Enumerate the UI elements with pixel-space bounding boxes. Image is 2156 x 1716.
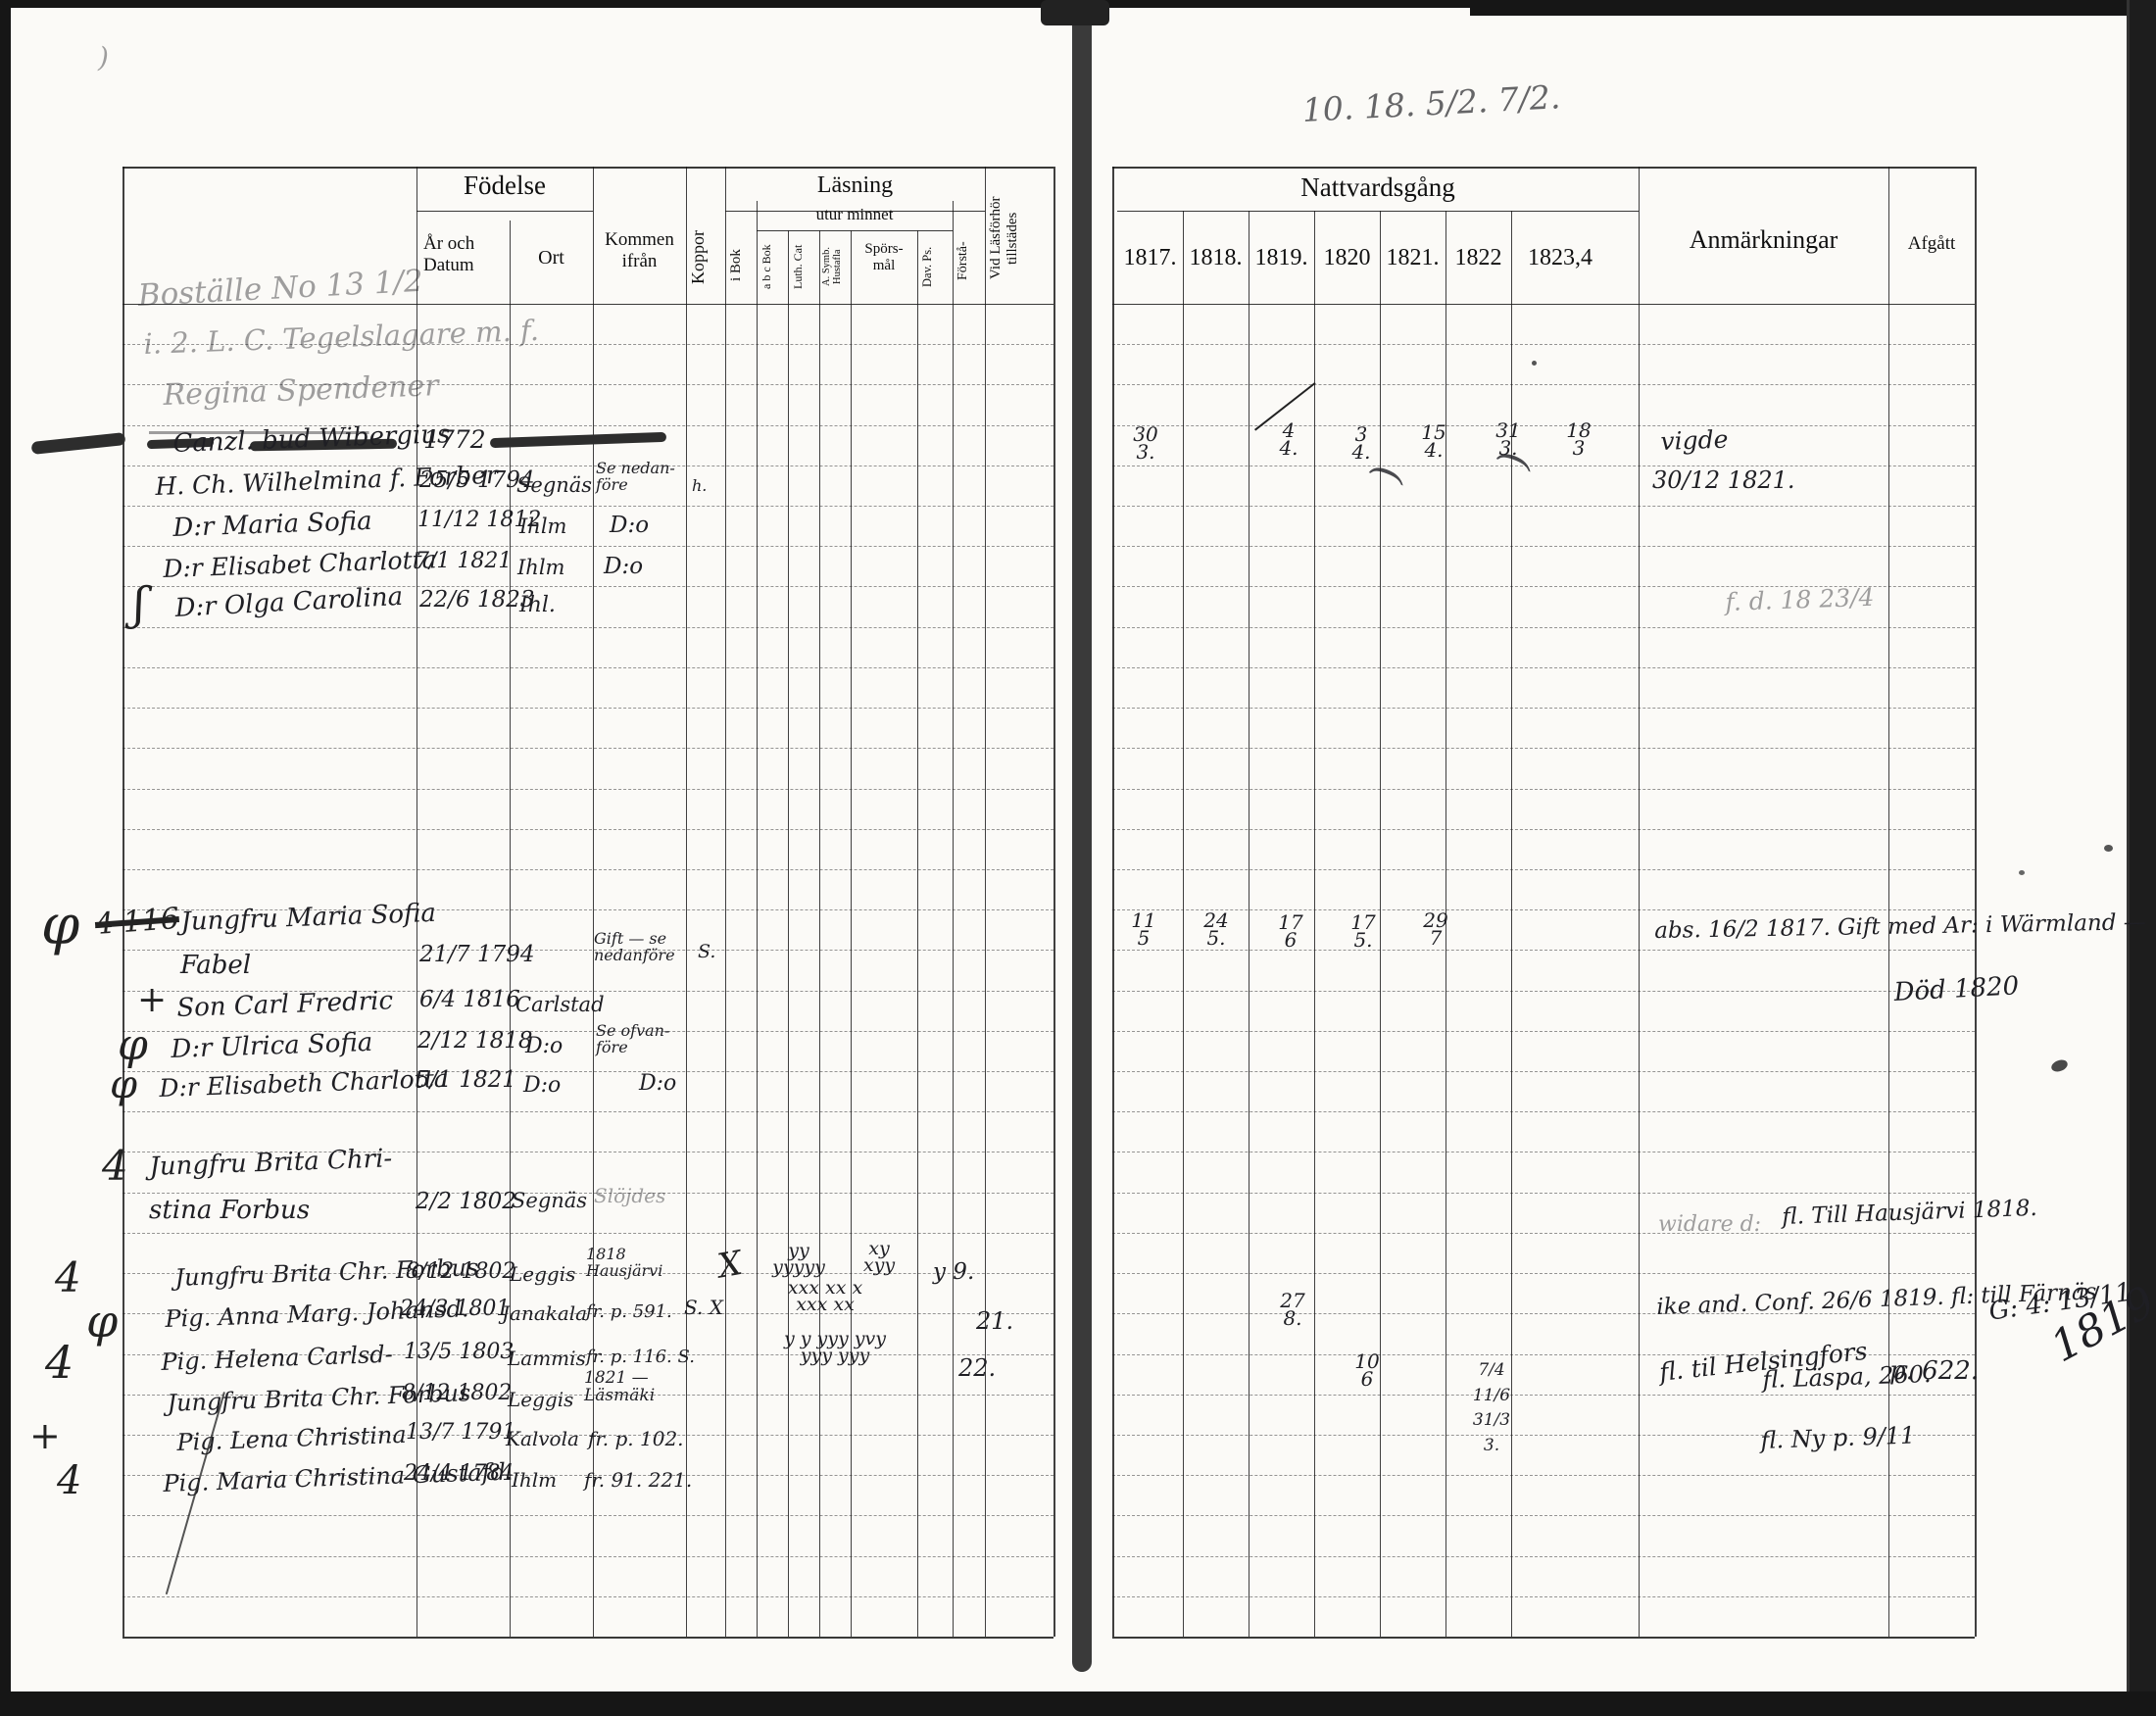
grid-row-line [122,466,1053,466]
grid-row-line [122,667,1053,668]
entry-birth: 13/7 1791 [406,1421,515,1444]
scan-edge-top-right [1470,0,2156,16]
entry-ort: Janakala [502,1303,587,1324]
grid-row-line [122,1515,1053,1516]
grid-row-line [1112,627,1975,628]
margin-mark: φ [41,898,79,956]
year-1819: 1819. [1249,245,1314,271]
header-afgatt: Afgått [1888,233,1975,255]
margin-ink-blot [31,432,126,455]
entry-koppor-mark: S. [698,943,715,962]
grid-line-h [1112,1637,1975,1639]
pen-flourish-mark: ( [1366,464,1409,486]
grid-line-h [122,167,1053,169]
entry-kommen-ifran: D:o [639,1072,676,1095]
grid-row-line [122,869,1053,870]
header-sporsmal: Spörs- mål [852,241,916,274]
entry-kommen-ifran: fr. p. 116. S. [586,1348,695,1367]
grid-line-v [788,230,789,1637]
entry-kommen-ifran: Slöjdes [594,1186,665,1206]
grid-line-v [851,230,852,1637]
entry-kommen-ifran: Gift — se nedanföre [594,931,675,964]
entry-name: D:r Elisabet Charlotta [163,547,437,582]
entry-kommen-ifran: 1818 Hausjärvi [586,1247,662,1280]
margin-mark: φ [110,1064,137,1105]
header-utur-minnet: utur minnet [757,205,953,224]
grid-row-line [1112,1111,1975,1112]
grid-line-v [757,201,758,1637]
communion-date: 15 4. [1411,423,1456,460]
grid-row-line [1112,708,1975,709]
entry-birth: 2/2 1802 [416,1190,516,1213]
entry-name: Canzl. bud Wibergius [172,421,451,458]
grid-row-line [122,829,1053,830]
margin-mark: ʃ [133,580,146,627]
grid-line-v [917,230,918,1637]
entry-ort: Ihlm [512,1470,557,1491]
entry-ort: Ihlm [519,515,566,537]
grid-row-line [122,627,1053,628]
header-koppor: Koppor [688,216,723,300]
entry-kommen-ifran: fr. p. 102. [588,1429,684,1449]
grid-row-line [1112,384,1975,385]
grid-row-line [122,789,1053,790]
header-anmarkningar: Anmärkningar [1639,225,1888,255]
year-1818: 1818. [1183,245,1249,271]
margin-mark: + [137,982,167,1019]
grid-row-line [1112,466,1975,466]
entry-name: Jungfru Maria Sofia [180,901,436,936]
grid-row-line [1112,829,1975,830]
grid-line-v [122,167,124,1637]
communion-date: 18 3 [1556,421,1601,458]
grid-line-v [1112,167,1114,1637]
year-1817: 1817. [1117,245,1183,271]
grid-row-line [1112,425,1975,426]
gutter-top-blot [1041,0,1109,25]
entry-ort: Carlstad [515,994,605,1015]
grid-line-v [725,167,726,1637]
header-a-symb-hustafla: A. Symb. Hustafla [821,233,850,300]
reading-strike-mark: X [715,1247,745,1285]
top-annotation: 10. 18. 5/2. 7/2. [1301,80,1561,127]
grid-line-v [985,167,986,1637]
grid-row-line [122,1193,1053,1194]
entry-name: Jungfru Brita Chri- [149,1146,393,1181]
reading-marks: y y yyy yvy yyy yyy [757,1331,913,1365]
entry-ort: Segnäs [516,474,592,496]
remark: vigde [1660,427,1729,456]
entry-birth: 24/4 1784 [404,1462,514,1485]
header-lasning: Läsning [725,172,985,199]
header-ort: Ort [510,247,593,270]
margin-mark: 4 [102,1145,128,1188]
entry-name: D:r Olga Carolina [174,584,404,622]
communion-date: 27 8. [1270,1292,1315,1328]
entry-ort: Lammis [508,1348,586,1369]
header-fodelse: Födelse [416,171,593,201]
grid-row-line [1112,1556,1975,1557]
heading-line: Boställe No 13 1/2 [137,266,423,313]
grid-line-v [819,230,820,1637]
page-gutter-shadow [1072,0,1092,1672]
entry-birth: 24/3 1801 [400,1298,510,1320]
grid-row-line [1112,950,1975,951]
grid-row-line [122,546,1053,547]
grid-row-line [122,1111,1053,1112]
communion-date: 3 4. [1339,425,1384,462]
grid-row-line [1112,506,1975,507]
reading-marks: xxx xx x xxx xx [757,1280,894,1314]
grid-row-line [1112,1515,1975,1516]
entry-ort: D:o [523,1074,561,1097]
grid-line-v [593,167,594,1637]
remark: abs. 16/2 1817. Gift med Ar: i Wärmland … [1654,910,2146,943]
header-dav-ps: Dav. Ps. [920,235,950,298]
scan-edge-left [0,0,11,1716]
margin-mark: 4 [57,1460,81,1501]
remark: 30/12 1821. [1652,468,1795,493]
grid-line-v [686,167,687,1637]
remark: fl. Till Hausjärvi 1818. [1782,1197,2037,1229]
grid-row-line [1112,546,1975,547]
entry-name-line2: Fabel [180,953,251,979]
grid-row-line [122,586,1053,587]
margin-mark: 4 [55,1256,81,1299]
communion-date: 11 5 [1121,911,1166,948]
entry-ort: Kalvola [506,1429,579,1449]
grid-row-line [122,1233,1053,1234]
header-luth-cat: Luth. Cat [791,235,816,298]
grid-row-line [1112,1475,1975,1476]
grid-row-line [1112,667,1975,668]
header-vid-lasforhor: Vid Läsförhör tillstädes [988,176,1051,300]
grid-row-line [1112,991,1975,992]
entry-birth: 1772 [423,427,486,453]
scan-edge-right [2127,0,2156,1716]
grid-row-line [1112,1233,1975,1234]
grid-row-line [122,506,1053,507]
entry-name: Son Carl Fredric [176,988,394,1022]
entry-birth: 5/1 1821 [416,1068,516,1092]
ink-speck [2019,870,2025,875]
entry-birth: 7/1 1821 [416,550,512,572]
grid-row-line [1112,1193,1975,1194]
entry-ort: Leggis [510,1264,575,1285]
grid-line-h [1112,167,1975,169]
entry-ort: Ihl. [519,594,556,616]
grid-row-line [1112,1395,1975,1396]
grid-row-line [1112,869,1975,870]
communion-date: 24 5. [1194,911,1239,948]
grid-line-v [1975,167,1977,1637]
entry-ort: Segnäs [512,1190,587,1211]
grid-row-line [1112,1273,1975,1274]
entry-kommen-ifran: fr. p. 591. [586,1303,672,1322]
entry-kommen-ifran: D:o [604,555,643,578]
struck-number: 4 116 [94,904,180,940]
corner-mark: ) [98,43,109,72]
entry-birth: 8/12 1802 [402,1382,512,1404]
grid-row-line [1112,1596,1975,1597]
grid-row-line [1112,1071,1975,1072]
header-nattvardsgang: Nattvardsgång [1117,172,1639,203]
grid-row-line [1112,344,1975,345]
ink-speck [2050,1057,2070,1073]
grid-row-line [122,1596,1053,1597]
header-abc-bok: a b c Bok [759,235,785,298]
entry-birth: 2/12 1818 [417,1029,533,1053]
entry-birth: 8/12 1802 [406,1260,515,1283]
remark: fl. Ny p. 9/11 [1760,1423,1916,1453]
year-1820: 1820 [1314,245,1380,271]
remark: f. d. 18 23/4 [1725,585,1875,616]
entry-birth: 13/5 1803 [404,1341,514,1363]
grid-line-h [1112,304,1975,305]
reading-tally: y 9. [933,1260,974,1284]
communion-date: 17 5. [1341,913,1386,950]
grid-line-v [1053,167,1055,1637]
grid-row-line [122,748,1053,749]
header-kommen-ifran: Kommen ifrån [593,229,686,272]
communion-date: 4 4. [1266,421,1311,458]
communion-date: 10 6 [1345,1352,1390,1389]
entry-kommen-ifran: Se nedan- före [596,461,675,494]
grid-line-h [757,230,953,231]
remark: p. 622. [1889,1358,1979,1385]
entry-kommen-ifran: D:o [610,514,649,537]
communion-date: 29 7 [1413,911,1458,948]
ink-speck [2104,845,2113,852]
header-i-bok: i Bok [728,233,756,298]
entry-birth: 6/4 1816 [419,988,520,1011]
heading-line: i. 2. L. C. Tegelslagare m. f. [143,316,539,360]
entry-birth: 21/7 1794 [419,943,535,966]
entry-birth: 22/6 1823 [419,588,535,612]
grid-row-line [122,950,1053,951]
communion-date: 17 6 [1268,913,1313,950]
entry-name: D:r Maria Sofia [172,509,372,542]
grid-line-v [1888,167,1889,1637]
communion-date: 30 3. [1123,425,1168,462]
grid-line-v [953,201,954,1637]
margin-mark: φ [86,1298,118,1345]
grid-row-line [1112,1031,1975,1032]
margin-mark: + [29,1417,61,1456]
entry-name: Pig. Helena Carlsd- [161,1343,393,1375]
reading-marks: xy xyy [845,1241,913,1275]
ink-strike-blot [490,432,666,448]
reading-tally: 22. [958,1356,996,1381]
year-1823: 1823,4 [1511,245,1609,271]
grid-row-line [1112,1152,1975,1152]
header-forsta: Förstå- [955,221,983,300]
communion-date: 7/4 11/6 31/3 3. [1466,1358,1517,1458]
remark: Död 1820 [1893,973,2020,1006]
reading-tally: 21. [976,1309,1013,1334]
grid-row-line [1112,748,1975,749]
year-1821: 1821. [1380,245,1445,271]
grid-row-line [1112,789,1975,790]
entry-koppor-mark: h. [692,478,707,495]
entry-kommen-ifran: fr. 91. 221. [584,1470,692,1491]
grid-row-line [1112,909,1975,910]
reading-marks: yy yyyyy [759,1243,838,1277]
grid-line-h [1117,211,1639,212]
grid-row-line [122,1556,1053,1557]
entry-kommen-ifran: Se ofvan- före [596,1023,669,1056]
entry-koppor-mark: S. X [684,1298,723,1318]
year-1822: 1822 [1445,245,1511,271]
scan-edge-bottom [0,1691,2156,1716]
entry-ort: Leggis [508,1390,573,1410]
entry-kommen-ifran: 1821 — Läsmäki [584,1370,655,1405]
grid-line-h [416,211,593,212]
entry-ort: Ihlm [517,557,564,578]
scanned-parish-register: Födelse År och Datum Ort Kommen ifrån Ko… [0,0,2156,1716]
entry-name-line2: stina Forbus [149,1198,310,1224]
heading-line: Regina Spendener [163,370,439,411]
header-ar-och-datum: År och Datum [423,233,510,276]
grid-row-line [122,708,1053,709]
entry-ort: D:o [525,1035,563,1057]
grid-line-v [1639,167,1640,1637]
margin-mark: 4 [45,1339,73,1386]
ink-speck [1532,361,1537,366]
entry-name: D:r Ulrica Sofia [171,1030,373,1063]
grid-line-h [122,1637,1053,1639]
remark: widare d: [1658,1213,1761,1236]
